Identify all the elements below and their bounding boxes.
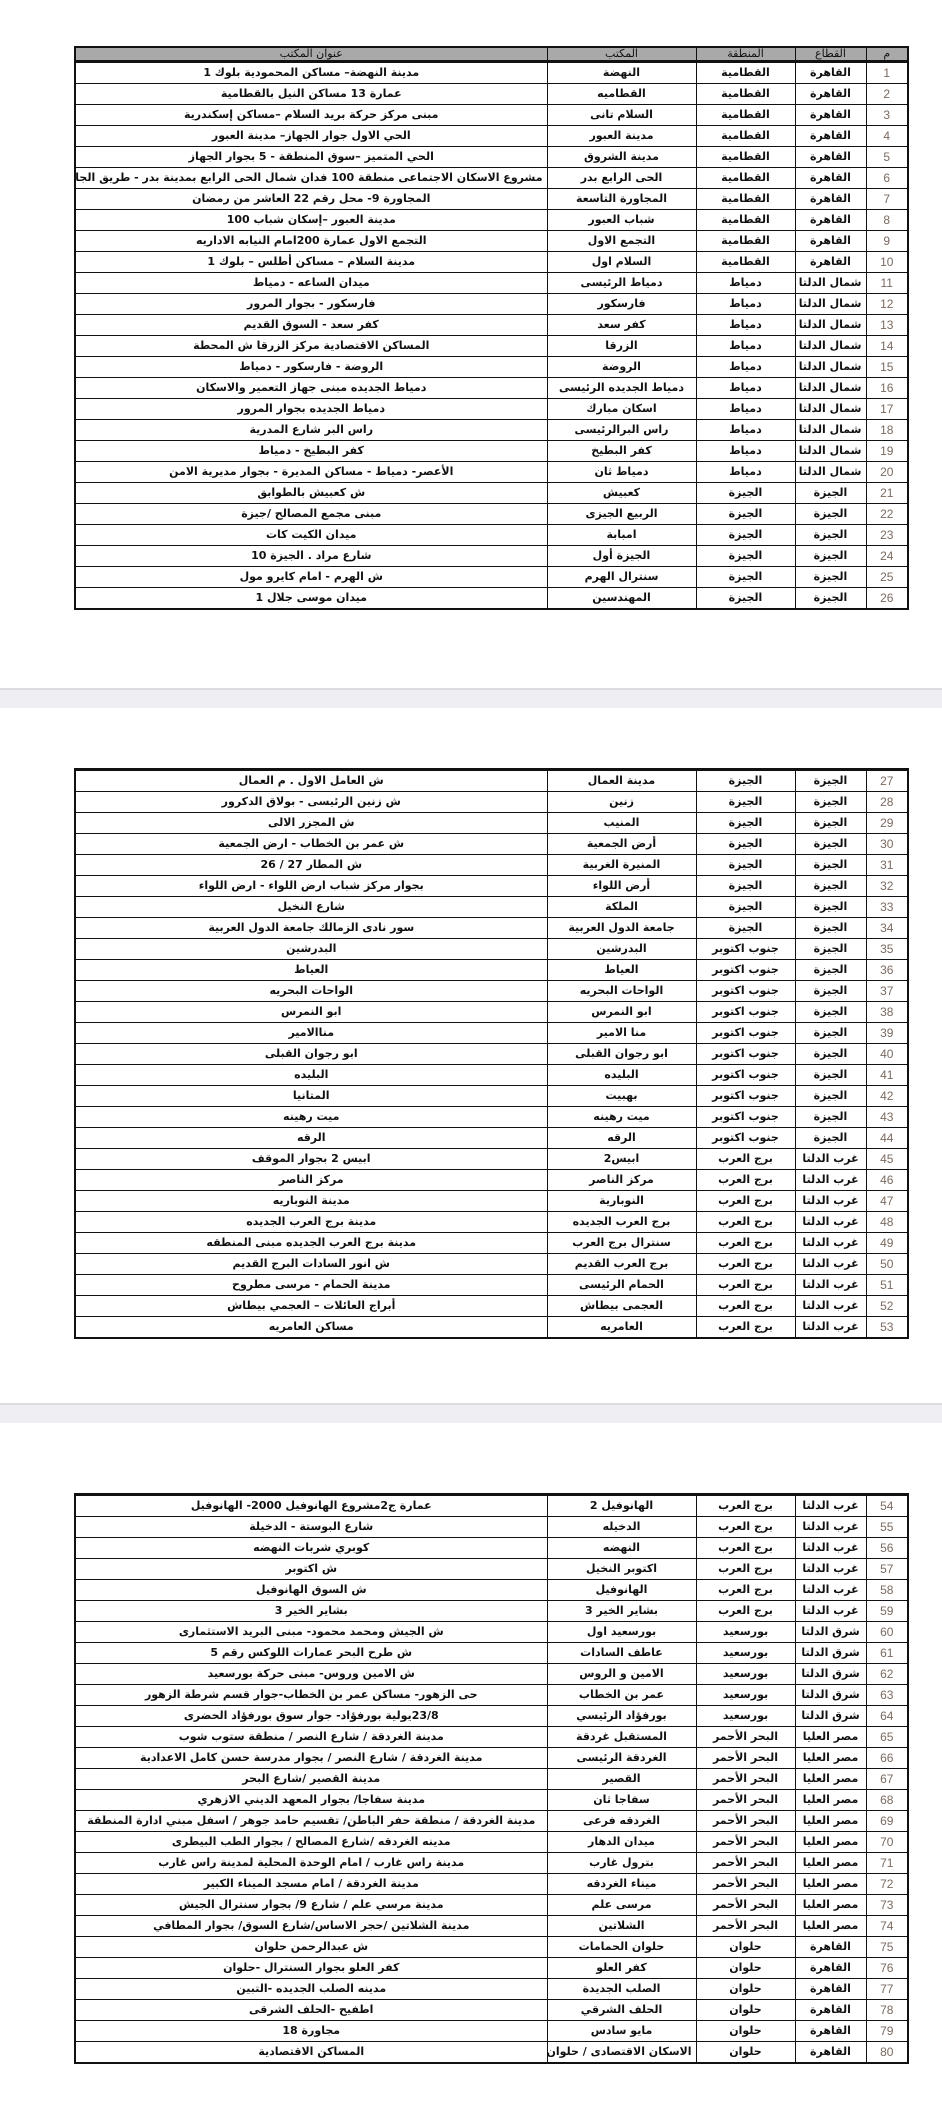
sector-cell: شمال الدلتا [795,273,866,294]
region-cell: البحر الأحمر [696,1853,795,1874]
address-cell: دمياط الجديده مبنى جهاز التعمير والاسكان [75,378,547,399]
office-cell: شباب العبور [547,210,696,231]
sector-cell: القاهرة [795,2000,866,2021]
office-cell: الصلب الجديدة [547,1979,696,2000]
region-cell: برج العرب [696,1517,795,1538]
header-address: عنوان المكتب [75,47,547,62]
sector-cell: غرب الدلتا [795,1580,866,1601]
table-row: 49غرب الدلتابرج العربسنترال برج العربمدي… [75,1233,908,1254]
sector-cell: القاهرة [795,1979,866,2000]
sector-cell: الجيزة [795,1128,866,1149]
row-number: 54 [866,1495,908,1517]
address-cell: مدينه الصلب الجديده -التبين [75,1979,547,2000]
office-cell: راس البرالرئيسى [547,420,696,441]
row-number: 77 [866,1979,908,2000]
address-cell: مركز الناصر [75,1170,547,1191]
offices-table-page-2: 27الجيزةالجيزةمدينة العمالش العامل الاول… [74,768,909,1339]
office-cell: المهندسين [547,588,696,610]
address-cell: 23/8يولية بورفؤاد- جوار سوق بورفؤاد الحض… [75,1706,547,1727]
row-number: 1 [866,62,908,84]
office-cell: مدينة العبور [547,126,696,147]
address-cell: كوبري شربات النهضه [75,1538,547,1559]
table-row: 57غرب الدلتابرج العرباكتوبر النخيلش اكتو… [75,1559,908,1580]
address-cell: مناالامير [75,1023,547,1044]
sector-cell: القاهرة [795,252,866,273]
region-cell: البحر الأحمر [696,1790,795,1811]
row-number: 73 [866,1895,908,1916]
address-cell: شارع النخيل [75,897,547,918]
office-cell: ابو رجوان القبلى [547,1044,696,1065]
table-row: 67مصر العلياالبحر الأحمرالقصيرمدينة القص… [75,1769,908,1790]
table-body: 1القاهرةالقطاميةالنهضةمدينة النهضة– مساك… [75,62,908,610]
table-row: 40الجيزةجنوب اكتوبرابو رجوان القبلىابو ر… [75,1044,908,1065]
office-cell: الامين و الروس [547,1664,696,1685]
table-row: 58غرب الدلتابرج العربالهانوفيلش السوق ال… [75,1580,908,1601]
header-sector: القطاع [795,47,866,62]
sector-cell: مصر العليا [795,1853,866,1874]
row-number: 4 [866,126,908,147]
address-cell: اطفيح -الحلف الشرقى [75,2000,547,2021]
address-cell: مدينة مرسي علم / شارع 9/ بجوار سنترال ال… [75,1895,547,1916]
row-number: 67 [866,1769,908,1790]
row-number: 44 [866,1128,908,1149]
header-office: المكتب [547,47,696,62]
row-number: 79 [866,2021,908,2042]
sector-cell: الجيزة [795,1086,866,1107]
table-row: 18شمال الدلتادمياطراس البرالرئيسىراس الب… [75,420,908,441]
row-number: 28 [866,792,908,813]
table-row: 74مصر العلياالبحر الأحمرالشلاتينمدينة ال… [75,1916,908,1937]
region-cell: القطامية [696,231,795,252]
sector-cell: شرق الدلتا [795,1706,866,1727]
office-cell: ابيس2 [547,1149,696,1170]
offices-table-page-1: م القطاع المنطقة المكتب عنوان المكتب 1ال… [74,46,909,610]
office-cell: الجيزة أول [547,546,696,567]
row-number: 18 [866,420,908,441]
sector-cell: الجيزة [795,897,866,918]
sector-cell: مصر العليا [795,1727,866,1748]
address-cell: مدينة الشلاتين /حجر الاساس/شارع السوق/ ب… [75,1916,547,1937]
table-row: 78القاهرةحلوانالحلف الشرقياطفيح -الحلف ا… [75,2000,908,2021]
region-cell: بورسعيد [696,1685,795,1706]
sector-cell: القاهرة [795,231,866,252]
row-number: 37 [866,981,908,1002]
table-row: 15شمال الدلتادمياطالروضةالروضة - فارسكور… [75,357,908,378]
row-number: 19 [866,441,908,462]
sector-cell: القاهرة [795,2021,866,2042]
region-cell: برج العرب [696,1275,795,1296]
row-number: 26 [866,588,908,610]
address-cell: عمارة ج2مشروع الهانوفيل 2000- الهانوفيل [75,1495,547,1517]
table-row: 45غرب الدلتابرج العربابيس2ابيس 2 بجوار ا… [75,1149,908,1170]
region-cell: برج العرب [696,1601,795,1622]
row-number: 43 [866,1107,908,1128]
address-cell: مدينة السلام – مساكن أطلس – بلوك 1 [75,252,547,273]
sector-cell: غرب الدلتا [795,1296,866,1317]
office-cell: بورفؤاد الرئيسي [547,1706,696,1727]
address-cell: ابو رجوان القبلى [75,1044,547,1065]
sector-cell: مصر العليا [795,1811,866,1832]
table-row: 66مصر العلياالبحر الأحمرالغردقة الرئيسىم… [75,1748,908,1769]
region-cell: دمياط [696,273,795,294]
address-cell: ميت رهينه [75,1107,547,1128]
row-number: 49 [866,1233,908,1254]
address-cell: مدينة الغردقة / منطقة حفر الباطن/ تقسيم … [75,1811,547,1832]
office-cell: ميناء الغردقه [547,1874,696,1895]
table-row: 68مصر العلياالبحر الأحمرسفاجا ثانمدينة س… [75,1790,908,1811]
address-cell: ش انور السادات البرج القديم [75,1254,547,1275]
table-row: 35الجيزةجنوب اكتوبرالبدرشينالبدرشين [75,939,908,960]
sector-cell: شرق الدلتا [795,1664,866,1685]
office-cell: القطاميه [547,84,696,105]
office-cell: الهانوفيل [547,1580,696,1601]
document-page-3: 54غرب الدلتابرج العربالهانوفيل 2عمارة ج2… [0,1423,942,2108]
row-number: 2 [866,84,908,105]
row-number: 59 [866,1601,908,1622]
row-number: 3 [866,105,908,126]
row-number: 53 [866,1317,908,1339]
sector-cell: مصر العليا [795,1874,866,1895]
table-row: 7القاهرةالقطاميةالمجاورة التاسعةالمجاورة… [75,189,908,210]
sector-cell: شرق الدلتا [795,1685,866,1706]
row-number: 21 [866,483,908,504]
sector-cell: الجيزة [795,981,866,1002]
row-number: 12 [866,294,908,315]
address-cell: الأعصر- دمياط - مساكن المديرة - بجوار مد… [75,462,547,483]
sector-cell: شمال الدلتا [795,378,866,399]
row-number: 13 [866,315,908,336]
table-row: 59غرب الدلتابرج العرببشاير الخير 3بشاير … [75,1601,908,1622]
sector-cell: مصر العليا [795,1895,866,1916]
region-cell: البحر الأحمر [696,1832,795,1853]
address-cell: سور نادى الزمالك جامعة الدول العربية [75,918,547,939]
region-cell: برج العرب [696,1538,795,1559]
address-cell: ش السوق الهانوفيل [75,1580,547,1601]
table-row: 52غرب الدلتابرج العربالعجمى بيطاشأبراج ا… [75,1296,908,1317]
address-cell: المتانيا [75,1086,547,1107]
offices-table-page-3: 54غرب الدلتابرج العربالهانوفيل 2عمارة ج2… [74,1493,909,2064]
sector-cell: الجيزة [795,792,866,813]
sector-cell: غرب الدلتا [795,1191,866,1212]
office-cell: الاسكان الاقتصادى / حلوان [547,2042,696,2064]
row-number: 72 [866,1874,908,1895]
address-cell: ميدان الساعه - دمياط [75,273,547,294]
table-row: 3القاهرةالقطاميةالسلام تانىمبنى مركز حرك… [75,105,908,126]
region-cell: الجيزة [696,483,795,504]
region-cell: القطامية [696,126,795,147]
table-row: 46غرب الدلتابرج العربمركز الناصرمركز الن… [75,1170,908,1191]
sector-cell: الجيزة [795,834,866,855]
address-cell: ش عبدالرحمن حلوان [75,1937,547,1958]
address-cell: شارع البوستة - الدخيلة [75,1517,547,1538]
address-cell: ش العامل الاول . م العمال [75,770,547,792]
row-number: 68 [866,1790,908,1811]
office-cell: الربيع الجيزى [547,504,696,525]
address-cell: بشاير الخير 3 [75,1601,547,1622]
region-cell: دمياط [696,294,795,315]
row-number: 70 [866,1832,908,1853]
table-body: 27الجيزةالجيزةمدينة العمالش العامل الاول… [75,770,908,1339]
table-row: 2القاهرةالقطاميةالقطاميهعمارة 13 مساكن ا… [75,84,908,105]
row-number: 58 [866,1580,908,1601]
office-cell: اكتوبر النخيل [547,1559,696,1580]
region-cell: القطامية [696,210,795,231]
region-cell: برج العرب [696,1212,795,1233]
table-row: 51غرب الدلتابرج العربالحمام الرئيسىمدينة… [75,1275,908,1296]
address-cell: ش الهرم - امام كايرو مول [75,567,547,588]
address-cell: حى الزهور- مساكن عمر بن الخطاب-جوار قسم … [75,1685,547,1706]
sector-cell: القاهرة [795,168,866,189]
sector-cell: الجيزة [795,918,866,939]
address-cell: ش الامين وروس- مبنى حركة بورسعيد [75,1664,547,1685]
region-cell: حلوان [696,1979,795,2000]
row-number: 80 [866,2042,908,2064]
address-cell: مدينة برج العرب الجديده مبنى المنطقه [75,1233,547,1254]
table-row: 43الجيزةجنوب اكتوبرميت رهينهميت رهينه [75,1107,908,1128]
table-row: 25الجيزةالجيزةسنترال الهرمش الهرم - امام… [75,567,908,588]
row-number: 16 [866,378,908,399]
document-page-1: م القطاع المنطقة المكتب عنوان المكتب 1ال… [0,0,942,690]
region-cell: البحر الأحمر [696,1769,795,1790]
row-number: 9 [866,231,908,252]
region-cell: الجيزة [696,813,795,834]
address-cell: ش كعبيش بالطوابق [75,483,547,504]
office-cell: مدينة العمال [547,770,696,792]
address-cell: الحي الاول جوار الجهاز– مدينة العبور [75,126,547,147]
office-cell: أرض الجمعية [547,834,696,855]
region-cell: الجيزة [696,588,795,610]
office-cell: سفاجا ثان [547,1790,696,1811]
office-cell: العجمى بيطاش [547,1296,696,1317]
office-cell: الهانوفيل 2 [547,1495,696,1517]
address-cell: فارسكور - بجوار المرور [75,294,547,315]
office-cell: مدينة الشروق [547,147,696,168]
office-cell: ابو النمرس [547,1002,696,1023]
table-row: 4القاهرةالقطاميةمدينة العبورالحي الاول ج… [75,126,908,147]
office-cell: النهضة [547,62,696,84]
sector-cell: غرب الدلتا [795,1275,866,1296]
table-row: 61شرق الدلتابورسعيدعاطف الساداتش طرح الب… [75,1643,908,1664]
row-number: 63 [866,1685,908,1706]
office-cell: بشاير الخير 3 [547,1601,696,1622]
sector-cell: الجيزة [795,525,866,546]
page-separator [0,688,942,708]
address-cell: العياط [75,960,547,981]
table-row: 19شمال الدلتادمياطكفر البطيخكفر البطيخ -… [75,441,908,462]
sector-cell: شمال الدلتا [795,399,866,420]
office-cell: فارسكور [547,294,696,315]
table-row: 65مصر العلياالبحر الأحمرالمستقبل غردقةمد… [75,1727,908,1748]
row-number: 7 [866,189,908,210]
sector-cell: القاهرة [795,210,866,231]
office-cell: دمياط ثان [547,462,696,483]
address-cell: البدرشين [75,939,547,960]
office-cell: امبابة [547,525,696,546]
sector-cell: غرب الدلتا [795,1149,866,1170]
region-cell: جنوب اكتوبر [696,960,795,981]
table-row: 24الجيزةالجيزةالجيزة أولشارع مراد . الجي… [75,546,908,567]
address-cell: مدينة الغردقة / شارع النصر / منطقة ستوب … [75,1727,547,1748]
office-cell: سنترال برج العرب [547,1233,696,1254]
region-cell: بورسعيد [696,1706,795,1727]
region-cell: بورسعيد [696,1664,795,1685]
region-cell: الجيزة [696,834,795,855]
row-number: 39 [866,1023,908,1044]
sector-cell: الجيزة [795,1065,866,1086]
region-cell: دمياط [696,462,795,483]
address-cell: عمارة 13 مساكن النيل بالقطامية [75,84,547,105]
office-cell: أرض اللواء [547,876,696,897]
document-page-2: 27الجيزةالجيزةمدينة العمالش العامل الاول… [0,708,942,1420]
sector-cell: غرب الدلتا [795,1495,866,1517]
office-cell: الدخيله [547,1517,696,1538]
table-body: 54غرب الدلتابرج العربالهانوفيل 2عمارة ج2… [75,1495,908,2064]
region-cell: الجيزة [696,770,795,792]
sector-cell: غرب الدلتا [795,1170,866,1191]
region-cell: حلوان [696,2021,795,2042]
sector-cell: القاهرة [795,1937,866,1958]
address-cell: مدينة القصير /شارع البحر [75,1769,547,1790]
office-cell: الروضة [547,357,696,378]
table-row: 32الجيزةالجيزةأرض اللواءبجوار مركز شباب … [75,876,908,897]
sector-cell: الجيزة [795,1002,866,1023]
sector-cell: الجيزة [795,813,866,834]
sector-cell: غرب الدلتا [795,1233,866,1254]
sector-cell: شمال الدلتا [795,336,866,357]
address-cell: راس البر شارع المدرية [75,420,547,441]
region-cell: برج العرب [696,1317,795,1339]
row-number: 34 [866,918,908,939]
sector-cell: شمال الدلتا [795,441,866,462]
office-cell: عمر بن الخطاب [547,1685,696,1706]
office-cell: حلوان الحمامات [547,1937,696,1958]
office-cell: كفر البطيخ [547,441,696,462]
address-cell: كفر سعد - السوق القديم [75,315,547,336]
address-cell: ش الجيش ومحمد محمود- مبنى البريد الاستثم… [75,1622,547,1643]
sector-cell: غرب الدلتا [795,1601,866,1622]
table-row: 16شمال الدلتادمياطدمياط الجديده الرئيسىد… [75,378,908,399]
row-number: 52 [866,1296,908,1317]
region-cell: القطامية [696,168,795,189]
region-cell: برج العرب [696,1495,795,1517]
row-number: 55 [866,1517,908,1538]
table-row: 27الجيزةالجيزةمدينة العمالش العامل الاول… [75,770,908,792]
office-cell: برج العرب الجديده [547,1212,696,1233]
region-cell: القطامية [696,189,795,210]
address-cell: مدينة العبور –إسكان شباب 100 [75,210,547,231]
office-cell: بهبيت [547,1086,696,1107]
table-row: 29الجيزةالجيزةالمنيبش المجزر الالى [75,813,908,834]
address-cell: ش المجزر الالى [75,813,547,834]
row-number: 11 [866,273,908,294]
table-row: 54غرب الدلتابرج العربالهانوفيل 2عمارة ج2… [75,1495,908,1517]
sector-cell: مصر العليا [795,1916,866,1937]
table-row: 20شمال الدلتادمياطدمياط ثانالأعصر- دمياط… [75,462,908,483]
table-row: 17شمال الدلتادمياطاسكان مباركدمياط الجدي… [75,399,908,420]
region-cell: الجيزة [696,504,795,525]
office-cell: المجاورة التاسعة [547,189,696,210]
sector-cell: شمال الدلتا [795,357,866,378]
header-region: المنطقة [696,47,795,62]
table-row: 6القاهرةالقطاميةالحى الرابع بدرمشروع الا… [75,168,908,189]
table-header-row: م القطاع المنطقة المكتب عنوان المكتب [75,47,908,62]
region-cell: القطامية [696,252,795,273]
sector-cell: القاهرة [795,126,866,147]
sector-cell: القاهرة [795,105,866,126]
row-number: 78 [866,2000,908,2021]
sector-cell: غرب الدلتا [795,1212,866,1233]
table-row: 73مصر العلياالبحر الأحمرمرسى علممدينة مر… [75,1895,908,1916]
table-row: 62شرق الدلتابورسعيدالامين و الروسش الامي… [75,1664,908,1685]
sector-cell: الجيزة [795,960,866,981]
sector-cell: شرق الدلتا [795,1622,866,1643]
office-cell: الملكة [547,897,696,918]
row-number: 45 [866,1149,908,1170]
region-cell: دمياط [696,378,795,399]
row-number: 66 [866,1748,908,1769]
sector-cell: الجيزة [795,567,866,588]
row-number: 42 [866,1086,908,1107]
sector-cell: شمال الدلتا [795,420,866,441]
region-cell: البحر الأحمر [696,1748,795,1769]
address-cell: كفر البطيخ - دمياط [75,441,547,462]
office-cell: عاطف السادات [547,1643,696,1664]
sector-cell: الجيزة [795,483,866,504]
row-number: 20 [866,462,908,483]
region-cell: بورسعيد [696,1643,795,1664]
sector-cell: القاهرة [795,1958,866,1979]
sector-cell: شمال الدلتا [795,294,866,315]
table-row: 28الجيزةالجيزةزنينش زنين الرئيسى - بولاق… [75,792,908,813]
address-cell: مساكن العامريه [75,1317,547,1339]
address-cell: مشروع الاسكان الاجتماعى منطقة 100 فدان ش… [75,168,547,189]
region-cell: برج العرب [696,1296,795,1317]
row-number: 15 [866,357,908,378]
table-row: 30الجيزةالجيزةأرض الجمعيةش عمر بن الخطاب… [75,834,908,855]
region-cell: دمياط [696,315,795,336]
address-cell: بجوار مركز شباب ارض اللواء - ارض اللواء [75,876,547,897]
table-row: 5القاهرةالقطاميةمدينة الشروقالحي المتميز… [75,147,908,168]
office-cell: الرقه [547,1128,696,1149]
address-cell: مدينة الغردقة / شارع النصر / بجوار مدرسة… [75,1748,547,1769]
region-cell: البحر الأحمر [696,1895,795,1916]
sector-cell: شرق الدلتا [795,1643,866,1664]
region-cell: جنوب اكتوبر [696,1086,795,1107]
row-number: 60 [866,1622,908,1643]
region-cell: القطامية [696,105,795,126]
sector-cell: الجيزة [795,770,866,792]
sector-cell: الجيزة [795,1023,866,1044]
region-cell: بورسعيد [696,1622,795,1643]
table-row: 34الجيزةالجيزةجامعة الدول العربيةسور ناد… [75,918,908,939]
row-number: 17 [866,399,908,420]
office-cell: العياط [547,960,696,981]
sector-cell: شمال الدلتا [795,462,866,483]
office-cell: النوبارية [547,1191,696,1212]
row-number: 75 [866,1937,908,1958]
table-row: 69مصر العلياالبحر الأحمرالغردقه فرعىمدين… [75,1811,908,1832]
office-cell: بورسعيد اول [547,1622,696,1643]
address-cell: المجاورة 9- محل رقم 22 العاشر من رمضان [75,189,547,210]
region-cell: دمياط [696,336,795,357]
sector-cell: الجيزة [795,939,866,960]
row-number: 48 [866,1212,908,1233]
header-num: م [866,47,908,62]
table-row: 72مصر العلياالبحر الأحمرميناء الغردقهمدي… [75,1874,908,1895]
table-row: 26الجيزةالجيزةالمهندسينميدان موسى جلال 1 [75,588,908,610]
address-cell: المساكن الاقتصادية مركز الزرقا ش المحطة [75,336,547,357]
table-row: 1القاهرةالقطاميةالنهضةمدينة النهضة– مساك… [75,62,908,84]
